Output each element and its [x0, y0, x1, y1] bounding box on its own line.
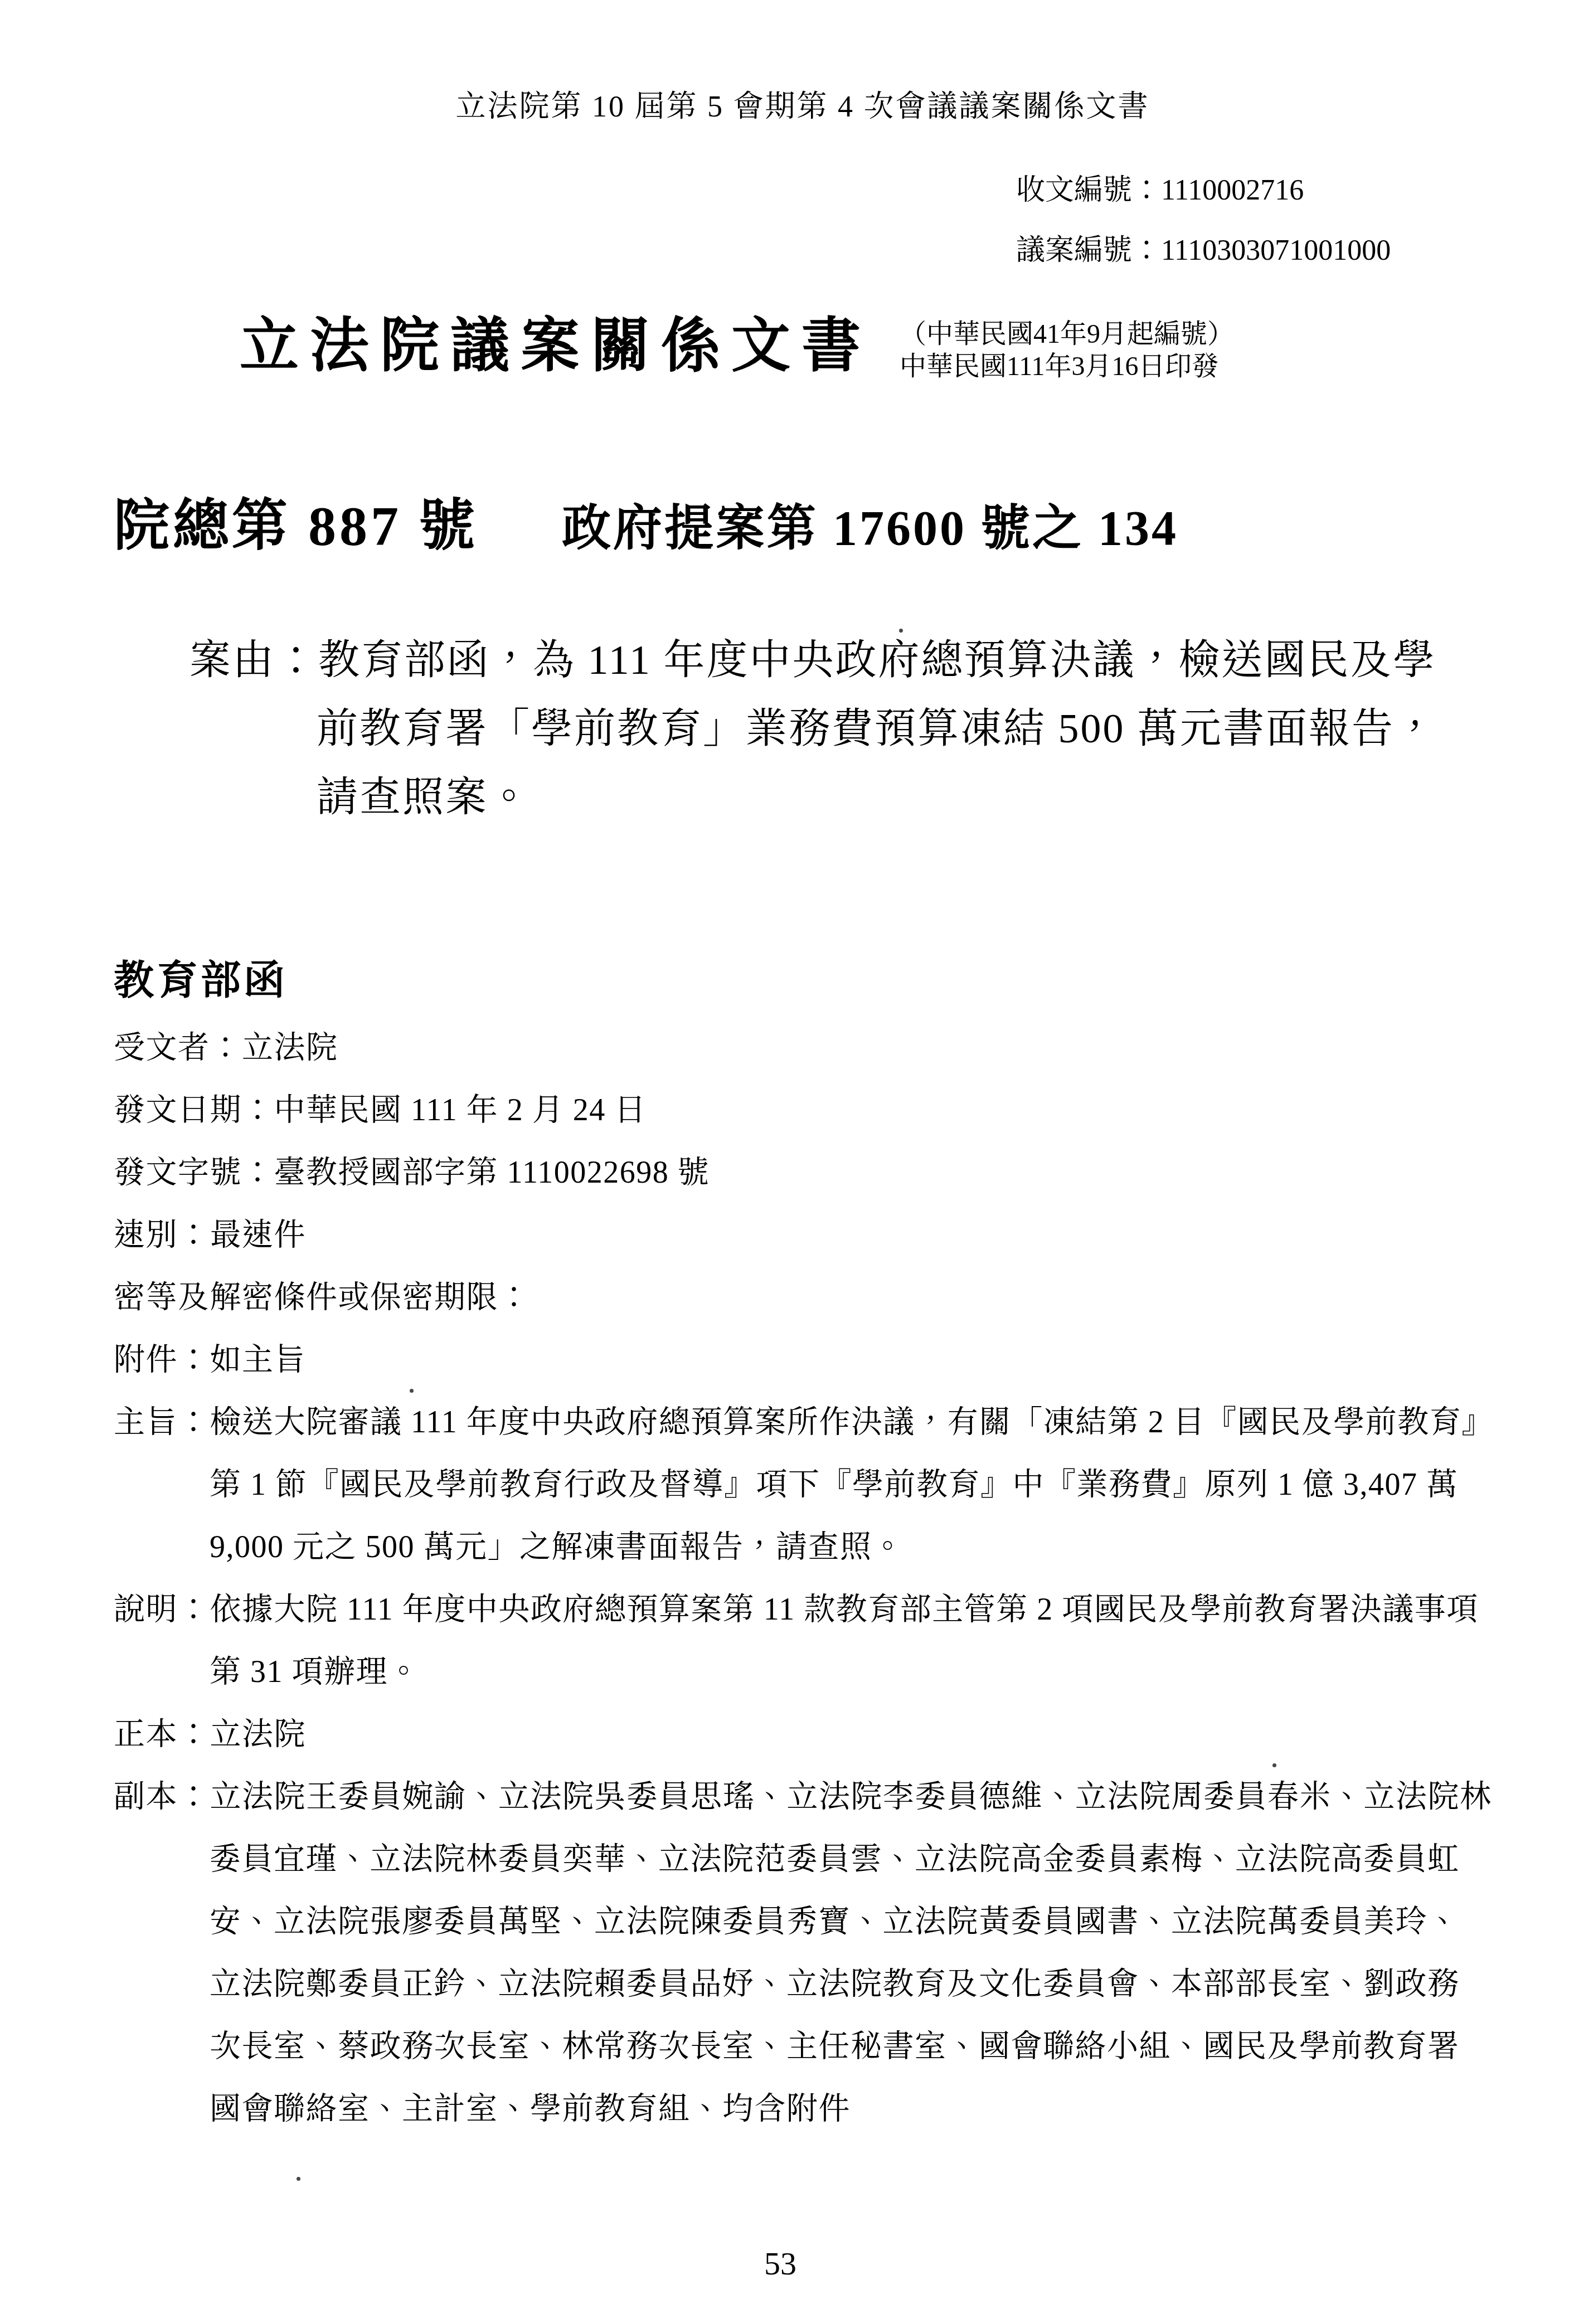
- session-header: 立法院第 10 屆第 5 會期第 4 次會議議案關係文書: [0, 82, 1574, 125]
- letter-line-ref-number: 發文字號：臺教授國部字第 1110022698 號: [114, 1141, 1507, 1204]
- case-summary: 案由：教育部函，為 111 年度中央政府總預算決議，檢送國民及學 前教育署「學前…: [190, 626, 1437, 832]
- letter-line-explanation-cont: 第 31 項辦理。: [114, 1641, 1507, 1703]
- masthead-note-line2: 中華民國111年3月16日印發: [900, 351, 1234, 383]
- letter-line-cc-cont: 委員宜瑾、立法院林委員奕華、立法院范委員雲、立法院高金委員素梅、立法院高委員虹: [114, 1828, 1507, 1890]
- scan-speck: [1272, 1763, 1276, 1767]
- masthead-note-line1: （中華民國41年9月起編號）: [900, 318, 1234, 351]
- masthead: 立法院議案關係文書 （中華民國41年9月起編號） 中華民國111年3月16日印發: [240, 315, 1234, 383]
- government-proposal-number: 政府提案第 17600 號之 134: [562, 489, 1178, 559]
- receipt-number-label: 收文編號：: [1016, 174, 1161, 206]
- case-summary-line: 案由：教育部函，為 111 年度中央政府總預算決議，檢送國民及學: [190, 626, 1437, 695]
- letter-line-date: 發文日期：中華民國 111 年 2 月 24 日: [114, 1079, 1507, 1141]
- letter-heading: 教育部函: [114, 947, 288, 1005]
- letter-line-subject-cont: 9,000 元之 500 萬元」之解凍書面報告，請查照。: [114, 1516, 1507, 1578]
- receipt-number-value: 1110002716: [1161, 174, 1304, 206]
- page-number: 53: [0, 2245, 1561, 2282]
- case-summary-line: 請查照案。: [190, 764, 1437, 832]
- doc-numbers: 收文編號：1110002716 議案編號：1110303071001000: [1016, 161, 1391, 281]
- bill-number-value: 1110303071001000: [1161, 235, 1391, 266]
- case-summary-label: 案由：: [190, 638, 318, 683]
- case-number-row: 院總第 887 號 政府提案第 17600 號之 134: [114, 480, 1178, 561]
- letter-line-cc-cont: 安、立法院張廖委員萬堅、立法院陳委員秀寶、立法院黃委員國書、立法院萬委員美玲、: [114, 1890, 1507, 1953]
- letter-body: 受文者：立法院 發文日期：中華民國 111 年 2 月 24 日 發文字號：臺教…: [114, 1017, 1507, 2140]
- bill-number-label: 議案編號：: [1016, 235, 1161, 266]
- letter-line-cc-cont: 立法院鄭委員正鈐、立法院賴委員品妤、立法院教育及文化委員會、本部部長室、劉政務: [114, 1953, 1507, 2015]
- letter-line-subject-cont: 第 1 節『國民及學前教育行政及督導』項下『學前教育』中『業務費』原列 1 億 …: [114, 1453, 1507, 1516]
- letter-line-recipient: 受文者：立法院: [114, 1017, 1507, 1079]
- masthead-notes: （中華民國41年9月起編號） 中華民國111年3月16日印發: [900, 315, 1234, 383]
- receipt-number-line: 收文編號：1110002716: [1016, 161, 1391, 221]
- scan-speck: [899, 629, 903, 633]
- letter-line-cc-cont: 次長室、蔡政務次長室、林常務次長室、主任秘書室、國會聯絡小組、國民及學前教育署: [114, 2015, 1507, 2078]
- scan-speck: [297, 2177, 300, 2181]
- scan-speck: [410, 1389, 414, 1393]
- letter-line-subject: 主旨：檢送大院審議 111 年度中央政府總預算案所作決議，有關「凍結第 2 目『…: [114, 1391, 1507, 1453]
- yuan-case-number: 院總第 887 號: [114, 480, 478, 561]
- document-page: 立法院第 10 屆第 5 會期第 4 次會議議案關係文書 收文編號：111000…: [0, 0, 1574, 2324]
- letter-line-explanation: 說明：依據大院 111 年度中央政府總預算案第 11 款教育部主管第 2 項國民…: [114, 1578, 1507, 1641]
- letter-line-original-copy: 正本：立法院: [114, 1703, 1507, 1766]
- letter-line-attachment: 附件：如主旨: [114, 1329, 1507, 1391]
- bill-number-line: 議案編號：1110303071001000: [1016, 221, 1391, 281]
- letter-line-cc-cont: 國會聯絡室、主計室、學前教育組、均含附件: [114, 2078, 1507, 2140]
- letter-line-classification: 密等及解密條件或保密期限：: [114, 1266, 1507, 1329]
- letter-line-speed: 速別：最速件: [114, 1204, 1507, 1266]
- case-summary-line: 前教育署「學前教育」業務費預算凍結 500 萬元書面報告，: [190, 695, 1437, 764]
- masthead-title: 立法院議案關係文書: [240, 315, 872, 377]
- letter-line-cc: 副本：立法院王委員婉諭、立法院吳委員思瑤、立法院李委員德維、立法院周委員春米、立…: [114, 1766, 1507, 1828]
- case-summary-text: 教育部函，為 111 年度中央政府總預算決議，檢送國民及學: [318, 638, 1436, 683]
